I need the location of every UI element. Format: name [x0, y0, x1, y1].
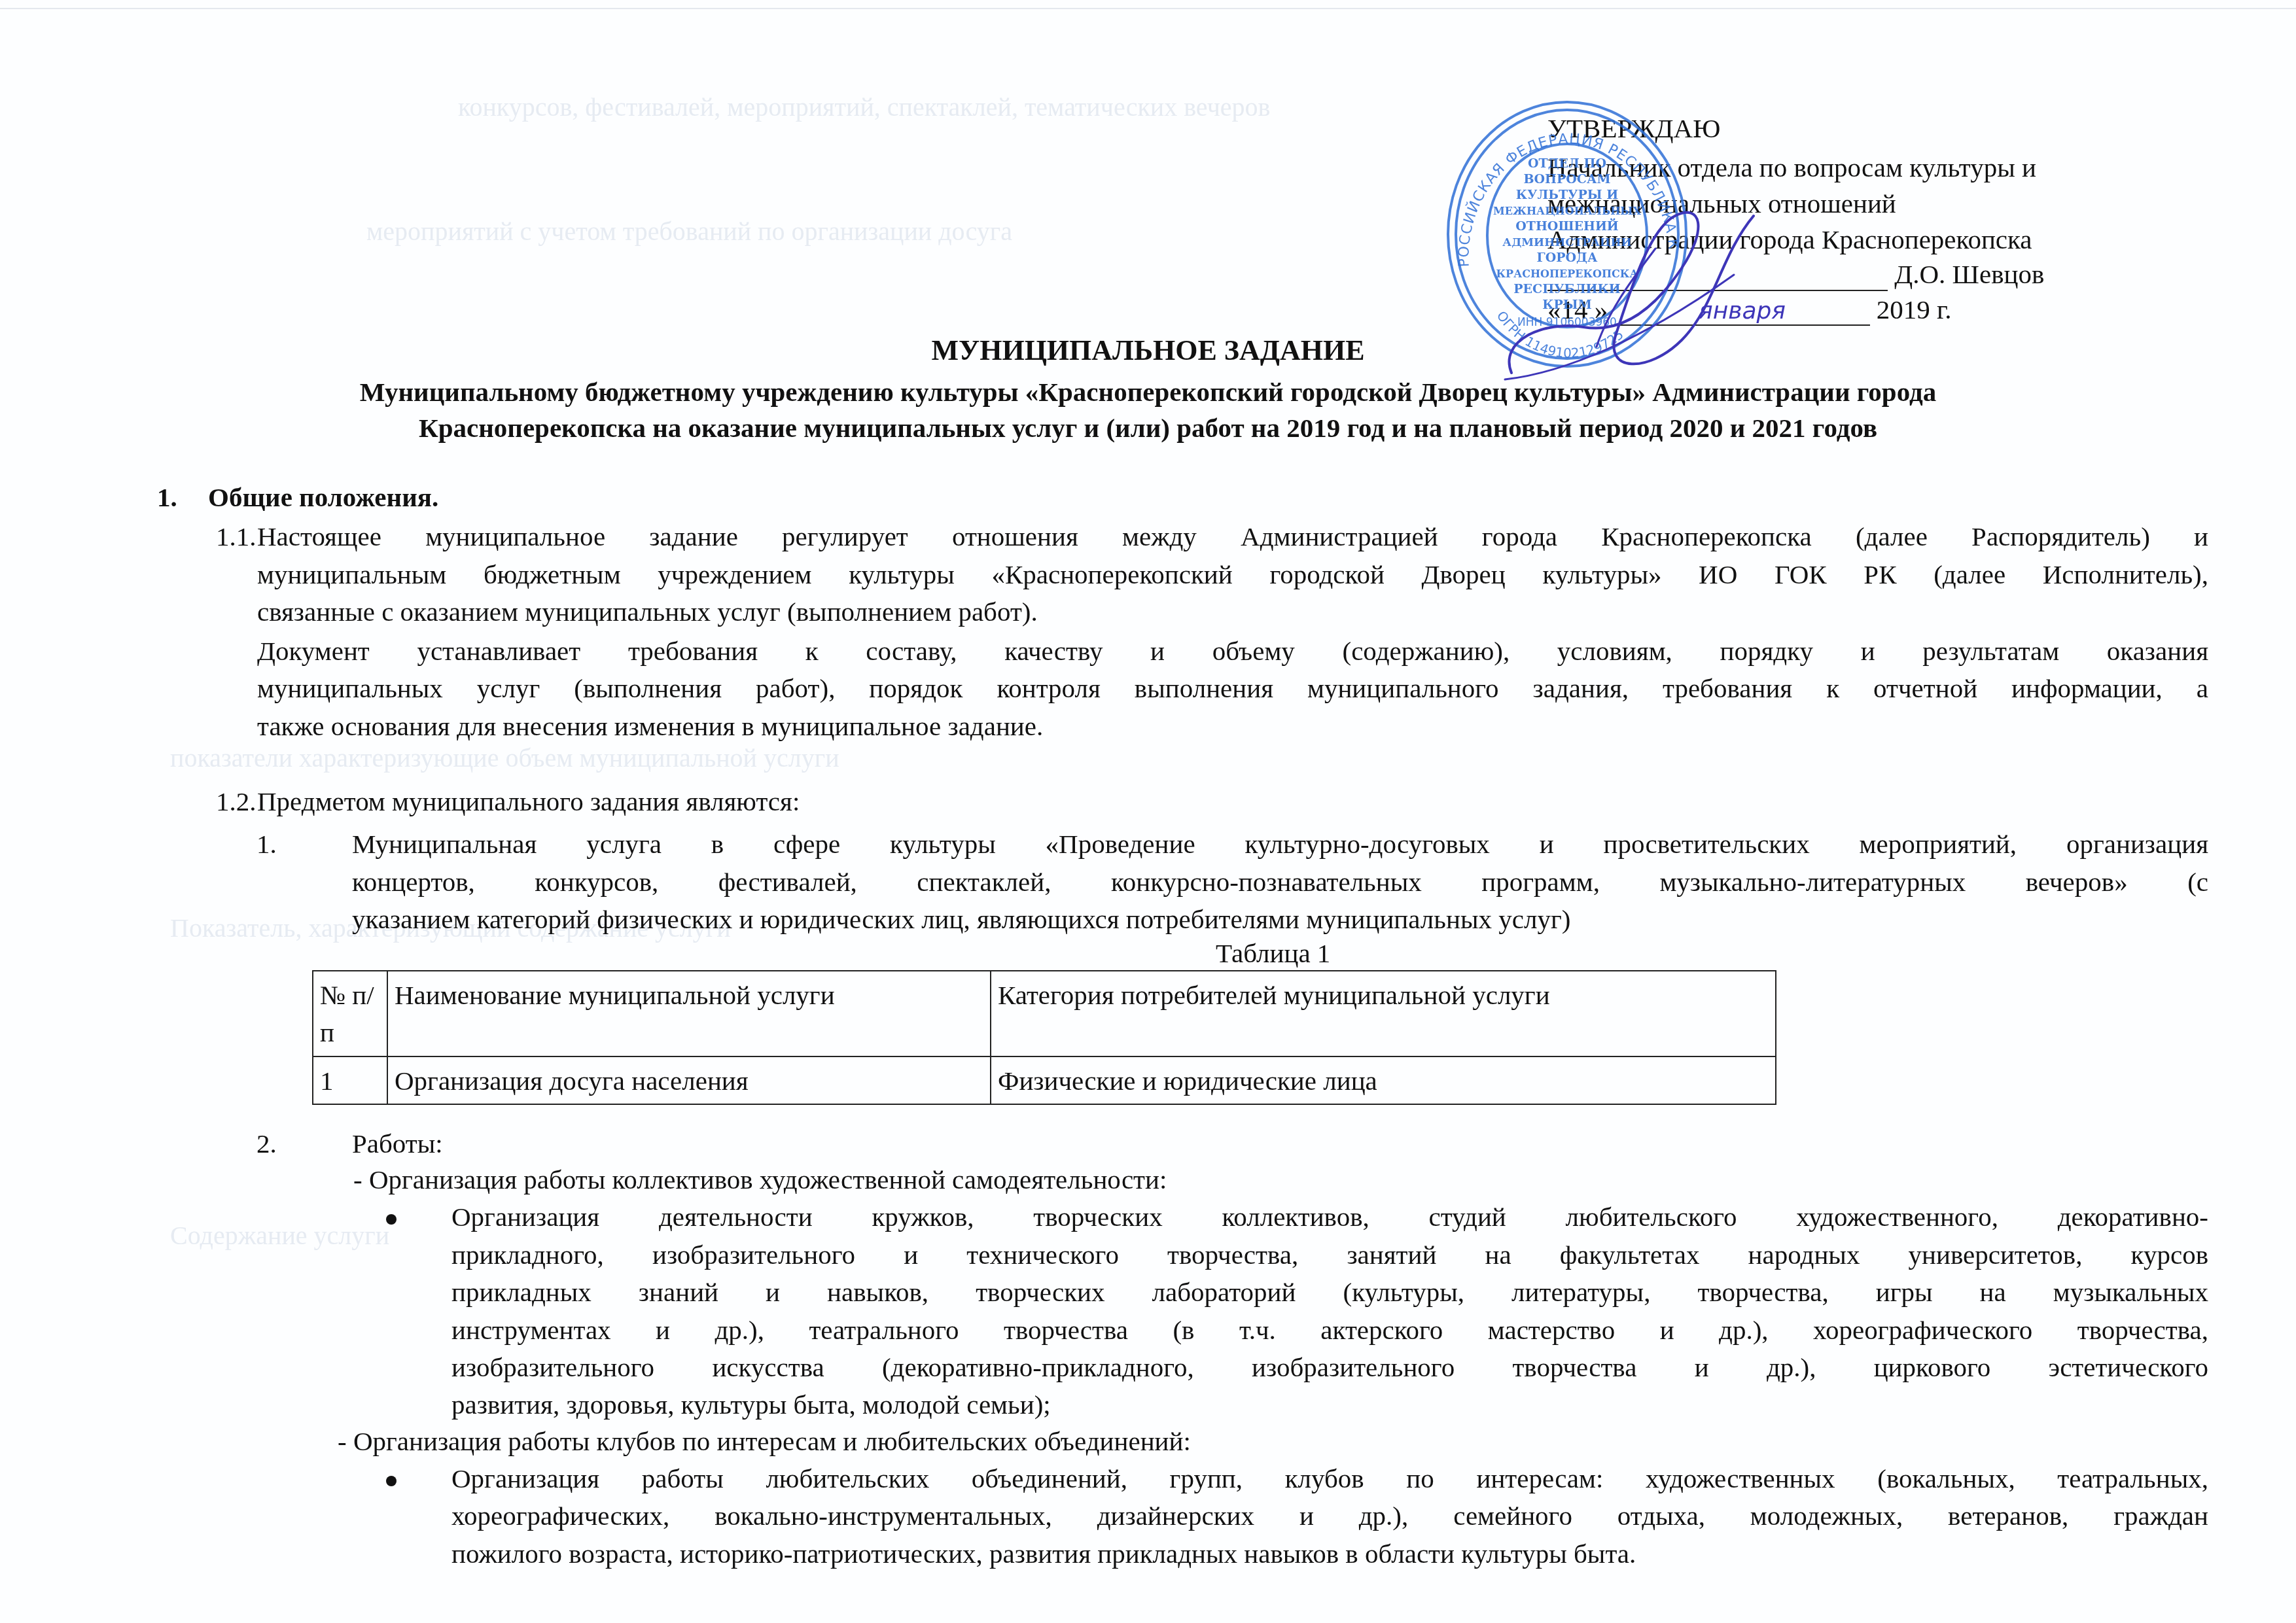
seal-line: ГОРОДА [1537, 251, 1598, 265]
seal-inn: ИНН 9106003960 [1517, 316, 1617, 329]
works-group-title: - Организация работы коллективов художес… [353, 1166, 1167, 1193]
section1-number: 1. [157, 484, 177, 511]
works-bullet-line: развития, здоровья, культуры быта, молод… [451, 1391, 1051, 1418]
p11-line: Документ устанавливает требования к сост… [257, 638, 2208, 665]
works-bullet-line: изобразительного искусства (декоративно-… [451, 1354, 2208, 1381]
seal-line: КРЫМ [1542, 298, 1591, 312]
show-through-text: Содержание услуги [170, 1220, 389, 1251]
signatory-name: Д.О. Шевцов [1894, 259, 2044, 289]
table-header-row: № п/п Наименование муниципальной услуги … [313, 971, 1776, 1056]
p11-line: Настоящее муниципальное задание регулиру… [257, 523, 2208, 550]
services-table: № п/п Наименование муниципальной услуги … [312, 970, 1776, 1105]
show-through-text: показатели характеризующие объем муницип… [170, 742, 839, 773]
works-bullet-line: пожилого возраста, историко-патриотическ… [451, 1541, 1636, 1567]
item2-heading: Работы: [352, 1130, 443, 1157]
document-subtitle-line1: Муниципальному бюджетному учреждению кул… [0, 376, 2296, 408]
table-header-cell: № п/п [313, 971, 387, 1056]
works-bullet-line: инструментах и др.), театрального творче… [451, 1317, 2208, 1344]
p12-number: 1.2. [216, 788, 256, 815]
works-bullet-line: Организация деятельности кружков, творче… [451, 1204, 2208, 1230]
bullet-icon [386, 1476, 397, 1486]
p11-number: 1.1. [216, 523, 256, 550]
seal-line: КУЛЬТУРЫ И [1516, 188, 1618, 202]
seal-line: АДМИНИСТРАЦИИ [1502, 236, 1631, 249]
p11-line: муниципальных услуг (выполнения работ), … [257, 675, 2208, 702]
show-through-text: конкурсов, фестивалей, мероприятий, спек… [458, 92, 1270, 122]
official-seal-icon: РОССИЙСКАЯ ФЕДЕРАЦИЯ РЕСПУБЛИКА КРЫМ ГОР… [1443, 97, 1691, 372]
seal-line: ВОПРОСАМ [1523, 172, 1610, 186]
scan-edge-line [0, 8, 2296, 9]
table-caption: Таблица 1 [1216, 940, 1330, 967]
document-subtitle-line2: Красноперекопска на оказание муниципальн… [0, 412, 2296, 444]
item1-line: Муниципальная услуга в сфере культуры «П… [352, 831, 2208, 858]
date-year: 2019 г. [1877, 294, 1952, 324]
works-bullet-line: хореографических, вокально-инструменталь… [451, 1503, 2208, 1529]
seal-line: ОТДЕЛ ПО [1528, 156, 1606, 171]
table-cell: 1 [313, 1056, 387, 1104]
section1-heading: Общие положения. [208, 484, 438, 511]
item2-number: 2. [256, 1130, 277, 1157]
table-cell: Физические и юридические лица [991, 1056, 1776, 1104]
seal-line: КРАСНОПЕРЕКОПСКА [1496, 268, 1638, 280]
works-bullet-line: Организация работы любительских объедине… [451, 1465, 2208, 1492]
item1-number: 1. [256, 831, 277, 858]
table-cell: Организация досуга населения [387, 1056, 991, 1104]
seal-line: РЕСПУБЛИКИ [1513, 282, 1621, 296]
p11-line: муниципальным бюджетным учреждением куль… [257, 561, 2208, 588]
table-header-cell: Наименование муниципальной услуги [387, 971, 991, 1056]
seal-line: ОТНОШЕНИЙ [1515, 218, 1619, 234]
works-bullet-line: прикладного, изобразительного и техничес… [451, 1242, 2208, 1268]
works-bullet-line: прикладных знаний и навыков, творческих … [451, 1279, 2208, 1306]
item1-line: указанием категорий физических и юридиче… [352, 906, 1570, 933]
p12-heading: Предметом муниципального задания являютс… [257, 788, 800, 815]
bullet-icon [386, 1214, 397, 1225]
table-row: 1 Организация досуга населения Физически… [313, 1056, 1776, 1104]
item1-line: концертов, конкурсов, фестивалей, спекта… [352, 869, 2208, 896]
p11-line: также основания для внесения изменения в… [257, 713, 1043, 740]
document-title: МУНИЦИПАЛЬНОЕ ЗАДАНИЕ [0, 334, 2296, 367]
seal-line: МЕЖНАЦИОНАЛЬНЫХ [1493, 205, 1641, 217]
show-through-text: мероприятий с учетом требований по орган… [366, 216, 1012, 247]
p11-line: связанные с оказанием муниципальных услу… [257, 599, 1038, 625]
works-group-title: - Организация работы клубов по интересам… [338, 1428, 1191, 1455]
table-header-cell: Категория потребителей муниципальной усл… [991, 971, 1776, 1056]
